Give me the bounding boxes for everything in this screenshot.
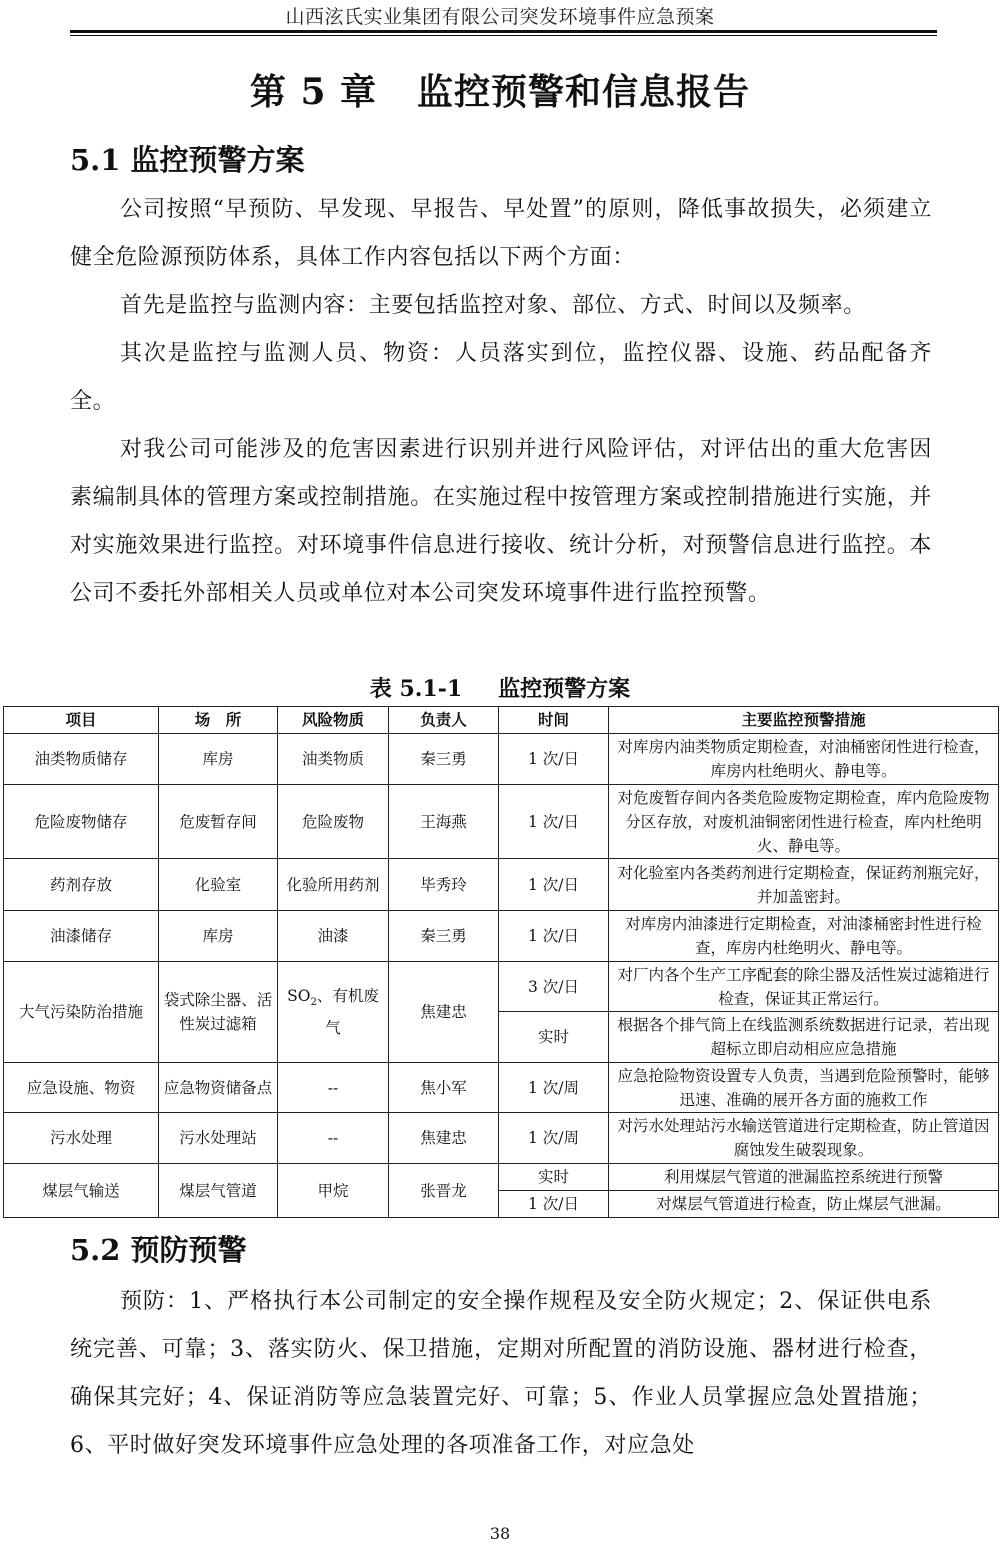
section-title-5-1: 5.1 监控预警方案	[70, 138, 305, 179]
chapter-number: 第 5 章	[250, 71, 377, 113]
paragraph: 公司按照“早预防、早发现、早报告、早处置”的原则，降低事故损失，必须建立健全危险…	[70, 186, 932, 282]
table-row: 应急设施、物资 应急物资储备点 -- 焦小军 1 次/周 应急抢险物资设置专人负…	[4, 1063, 999, 1113]
cell-measure: 对化验室内各类药剂进行定期检查，保证药剂瓶完好，并加盖密封。	[609, 859, 999, 911]
table-row: 危险废物储存 危废暂存间 危险废物 王海燕 1 次/日 对危废暂存间内各类危险废…	[4, 785, 999, 859]
section-title-5-2: 5.2 预防预警	[70, 1228, 247, 1269]
cell-item: 应急设施、物资	[4, 1063, 159, 1113]
cell-measure: 对煤层气管道进行检查，防止煤层气泄漏。	[609, 1191, 999, 1218]
cell-person: 毕秀玲	[389, 859, 499, 911]
cell-place: 危废暂存间	[159, 785, 278, 859]
cell-measure: 对厂内各个生产工序配套的除尘器及活性炭过滤箱进行检查，保证其正常运行。	[609, 962, 999, 1012]
paragraph: 预防：1、严格执行本公司制定的安全操作规程及安全防火规定；2、保证供电系统完善、…	[70, 1278, 932, 1470]
table-row: 油类物质储存 库房 油类物质 秦三勇 1 次/日 对库房内油类物质定期检查，对油…	[4, 734, 999, 785]
chapter-name: 监控预警和信息报告	[417, 71, 750, 113]
cell-time: 1 次/日	[499, 911, 609, 962]
cell-measure: 对危废暂存间内各类危险废物定期检查，库内危险废物分区存放，对废机油铜密闭性进行检…	[609, 785, 999, 859]
cell-time: 3 次/日	[499, 962, 609, 1012]
table-row: 污水处理 污水处理站 -- 焦建忠 1 次/周 对污水处理站污水输送管道进行定期…	[4, 1113, 999, 1164]
cell-person: 王海燕	[389, 785, 499, 859]
table-caption: 表 5.1-1监控预警方案	[0, 672, 1000, 703]
cell-substance: SO2、有机废气	[278, 962, 389, 1063]
cell-person: 秦三勇	[389, 734, 499, 785]
column-header: 项目	[4, 707, 159, 734]
cell-substance: --	[278, 1063, 389, 1113]
running-header: 山西泫氏实业集团有限公司突发环境事件应急预案	[0, 2, 1000, 29]
cell-measure: 利用煤层气管道的泄漏监控系统进行预警	[609, 1164, 999, 1191]
table-row: 煤层气输送 煤层气管道 甲烷 张晋龙 实时 利用煤层气管道的泄漏监控系统进行预警	[4, 1164, 999, 1191]
paragraph: 对我公司可能涉及的危害因素进行识别并进行风险评估，对评估出的重大危害因素编制具体…	[70, 426, 932, 618]
cell-time: 1 次/周	[499, 1063, 609, 1113]
table-number: 表 5.1-1	[370, 676, 462, 702]
column-header: 负责人	[389, 707, 499, 734]
cell-measure: 对库房内油类物质定期检查，对油桶密闭性进行检查，库房内杜绝明火、静电等。	[609, 734, 999, 785]
cell-place: 库房	[159, 734, 278, 785]
cell-item: 危险废物储存	[4, 785, 159, 859]
cell-time: 1 次/周	[499, 1113, 609, 1164]
substance-rest: 、有机废气	[317, 987, 379, 1036]
header-rule	[70, 30, 937, 33]
cell-substance: 油漆	[278, 911, 389, 962]
column-header: 风险物质	[278, 707, 389, 734]
cell-place: 库房	[159, 911, 278, 962]
column-header: 主要监控预警措施	[609, 707, 999, 734]
table-row: 大气污染防治措施 袋式除尘器、活性炭过滤箱 SO2、有机废气 焦建忠 3 次/日…	[4, 962, 999, 1012]
cell-place: 污水处理站	[159, 1113, 278, 1164]
cell-person: 张晋龙	[389, 1164, 499, 1218]
cell-time: 实时	[499, 1164, 609, 1191]
cell-person: 焦建忠	[389, 1113, 499, 1164]
monitoring-plan-table: 项目 场 所 风险物质 负责人 时间 主要监控预警措施 油类物质储存 库房 油类…	[3, 706, 999, 1218]
cell-time: 1 次/日	[499, 859, 609, 911]
cell-person: 秦三勇	[389, 911, 499, 962]
cell-item: 大气污染防治措施	[4, 962, 159, 1063]
header-rule-thin	[70, 35, 937, 36]
table-header-row: 项目 场 所 风险物质 负责人 时间 主要监控预警措施	[4, 707, 999, 734]
cell-item: 煤层气输送	[4, 1164, 159, 1218]
cell-substance: --	[278, 1113, 389, 1164]
cell-substance: 甲烷	[278, 1164, 389, 1218]
substance-so: SO	[287, 987, 310, 1005]
cell-substance: 化验所用药剂	[278, 859, 389, 911]
cell-measure: 对污水处理站污水输送管道进行定期检查，防止管道因腐蚀发生破裂现象。	[609, 1113, 999, 1164]
cell-item: 油漆储存	[4, 911, 159, 962]
cell-place: 应急物资储备点	[159, 1063, 278, 1113]
page-number: 38	[0, 1524, 1000, 1543]
cell-place: 煤层气管道	[159, 1164, 278, 1218]
cell-place: 袋式除尘器、活性炭过滤箱	[159, 962, 278, 1063]
cell-place: 化验室	[159, 859, 278, 911]
cell-measure: 根据各个排气筒上在线监测系统数据进行记录，若出现超标立即启动相应应急措施	[609, 1012, 999, 1063]
cell-measure: 应急抢险物资设置专人负责，当遇到危险预警时，能够迅速、准确的展开各方面的施救工作	[609, 1063, 999, 1113]
cell-person: 焦小军	[389, 1063, 499, 1113]
paragraph: 其次是监控与监测人员、物资：人员落实到位，监控仪器、设施、药品配备齐全。	[70, 330, 932, 426]
cell-time: 1 次/日	[499, 734, 609, 785]
column-header: 场 所	[159, 707, 278, 734]
paragraph: 首先是监控与监测内容：主要包括监控对象、部位、方式、时间以及频率。	[70, 282, 932, 330]
column-header: 时间	[499, 707, 609, 734]
cell-person: 焦建忠	[389, 962, 499, 1063]
cell-time: 1 次/日	[499, 1191, 609, 1218]
cell-item: 药剂存放	[4, 859, 159, 911]
table-title: 监控预警方案	[498, 676, 630, 702]
cell-item: 油类物质储存	[4, 734, 159, 785]
cell-item: 污水处理	[4, 1113, 159, 1164]
cell-time: 1 次/日	[499, 785, 609, 859]
chapter-title: 第 5 章监控预警和信息报告	[0, 64, 1000, 115]
cell-substance: 油类物质	[278, 734, 389, 785]
cell-measure: 对库房内油漆进行定期检查，对油漆桶密封性进行检查，库房内杜绝明火、静电等。	[609, 911, 999, 962]
table-row: 油漆储存 库房 油漆 秦三勇 1 次/日 对库房内油漆进行定期检查，对油漆桶密封…	[4, 911, 999, 962]
cell-time: 实时	[499, 1012, 609, 1063]
cell-substance: 危险废物	[278, 785, 389, 859]
table-row: 药剂存放 化验室 化验所用药剂 毕秀玲 1 次/日 对化验室内各类药剂进行定期检…	[4, 859, 999, 911]
